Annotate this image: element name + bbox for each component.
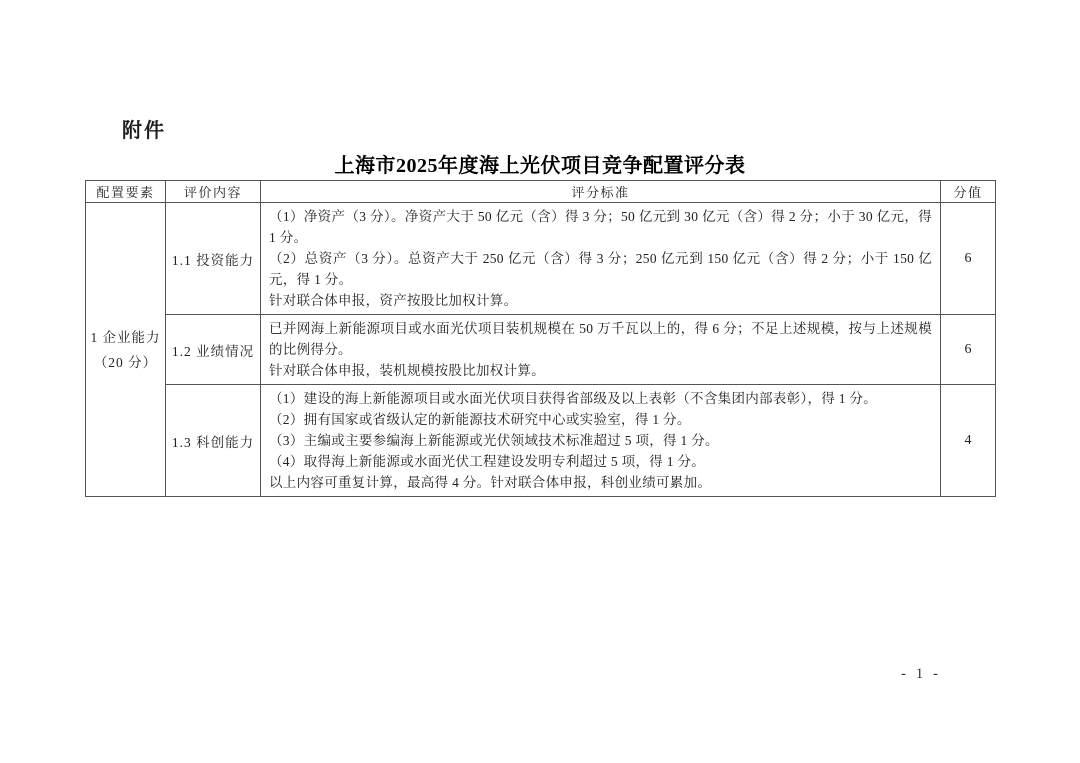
criteria-line: （1）净资产（3 分）。净资产大于 50 亿元（含）得 3 分；50 亿元到 3… [269,206,932,248]
criteria-line: （3）主编或主要参编海上新能源或光伏领域技术标准超过 5 项，得 1 分。 [269,430,932,451]
score-cell: 6 [941,315,996,385]
criteria-line: （2）拥有国家或省级认定的新能源技术研究中心或实验室，得 1 分。 [269,409,932,430]
criteria-line: 针对联合体申报，资产按股比加权计算。 [269,290,932,311]
criteria-cell: （1）建设的海上新能源项目或水面光伏项目获得省部级及以上表彰（不含集团内部表彰）… [261,385,941,497]
config-element-name: 1 企业能力 [87,325,164,350]
table-row-innovation: 1.3 科创能力 （1）建设的海上新能源项目或水面光伏项目获得省部级及以上表彰（… [86,385,996,497]
criteria-cell: （1）净资产（3 分）。净资产大于 50 亿元（含）得 3 分；50 亿元到 3… [261,203,941,315]
header-evaluation-content: 评价内容 [166,181,261,203]
criteria-line: （4）取得海上新能源或水面光伏工程建设发明专利超过 5 项，得 1 分。 [269,451,932,472]
evaluation-content-cell: 1.2 业绩情况 [166,315,261,385]
criteria-line: 针对联合体申报，装机规模按股比加权计算。 [269,360,932,381]
attachment-label: 附件 [122,114,166,143]
page-number: - 1 - [901,666,941,683]
score-cell: 4 [941,385,996,497]
criteria-cell: 已并网海上新能源项目或水面光伏项目装机规模在 50 万千瓦以上的，得 6 分；不… [261,315,941,385]
score-cell: 6 [941,203,996,315]
table-header-row: 配置要素 评价内容 评分标准 分值 [86,181,996,203]
criteria-line: （1）建设的海上新能源项目或水面光伏项目获得省部级及以上表彰（不含集团内部表彰）… [269,388,932,409]
criteria-line: 已并网海上新能源项目或水面光伏项目装机规模在 50 万千瓦以上的，得 6 分；不… [269,318,932,360]
criteria-line: （2）总资产（3 分）。总资产大于 250 亿元（含）得 3 分；250 亿元到… [269,248,932,290]
criteria-line: 以上内容可重复计算，最高得 4 分。针对联合体申报，科创业绩可累加。 [269,472,932,493]
header-score-value: 分值 [941,181,996,203]
evaluation-content-cell: 1.1 投资能力 [166,203,261,315]
page-title: 上海市2025年度海上光伏项目竞争配置评分表 [85,149,995,178]
table-row-performance: 1.2 业绩情况 已并网海上新能源项目或水面光伏项目装机规模在 50 万千瓦以上… [86,315,996,385]
config-element-score: （20 分） [87,350,164,375]
header-scoring-standard: 评分标准 [261,181,941,203]
config-element-cell: 1 企业能力 （20 分） [86,203,166,497]
header-config-element: 配置要素 [86,181,166,203]
table-row-investment: 1 企业能力 （20 分） 1.1 投资能力 （1）净资产（3 分）。净资产大于… [86,203,996,315]
scoring-table: 配置要素 评价内容 评分标准 分值 1 企业能力 （20 分） 1.1 投资能力… [85,180,996,497]
document-page: 附件 上海市2025年度海上光伏项目竞争配置评分表 配置要素 评价内容 评分标准… [0,0,1080,763]
evaluation-content-cell: 1.3 科创能力 [166,385,261,497]
